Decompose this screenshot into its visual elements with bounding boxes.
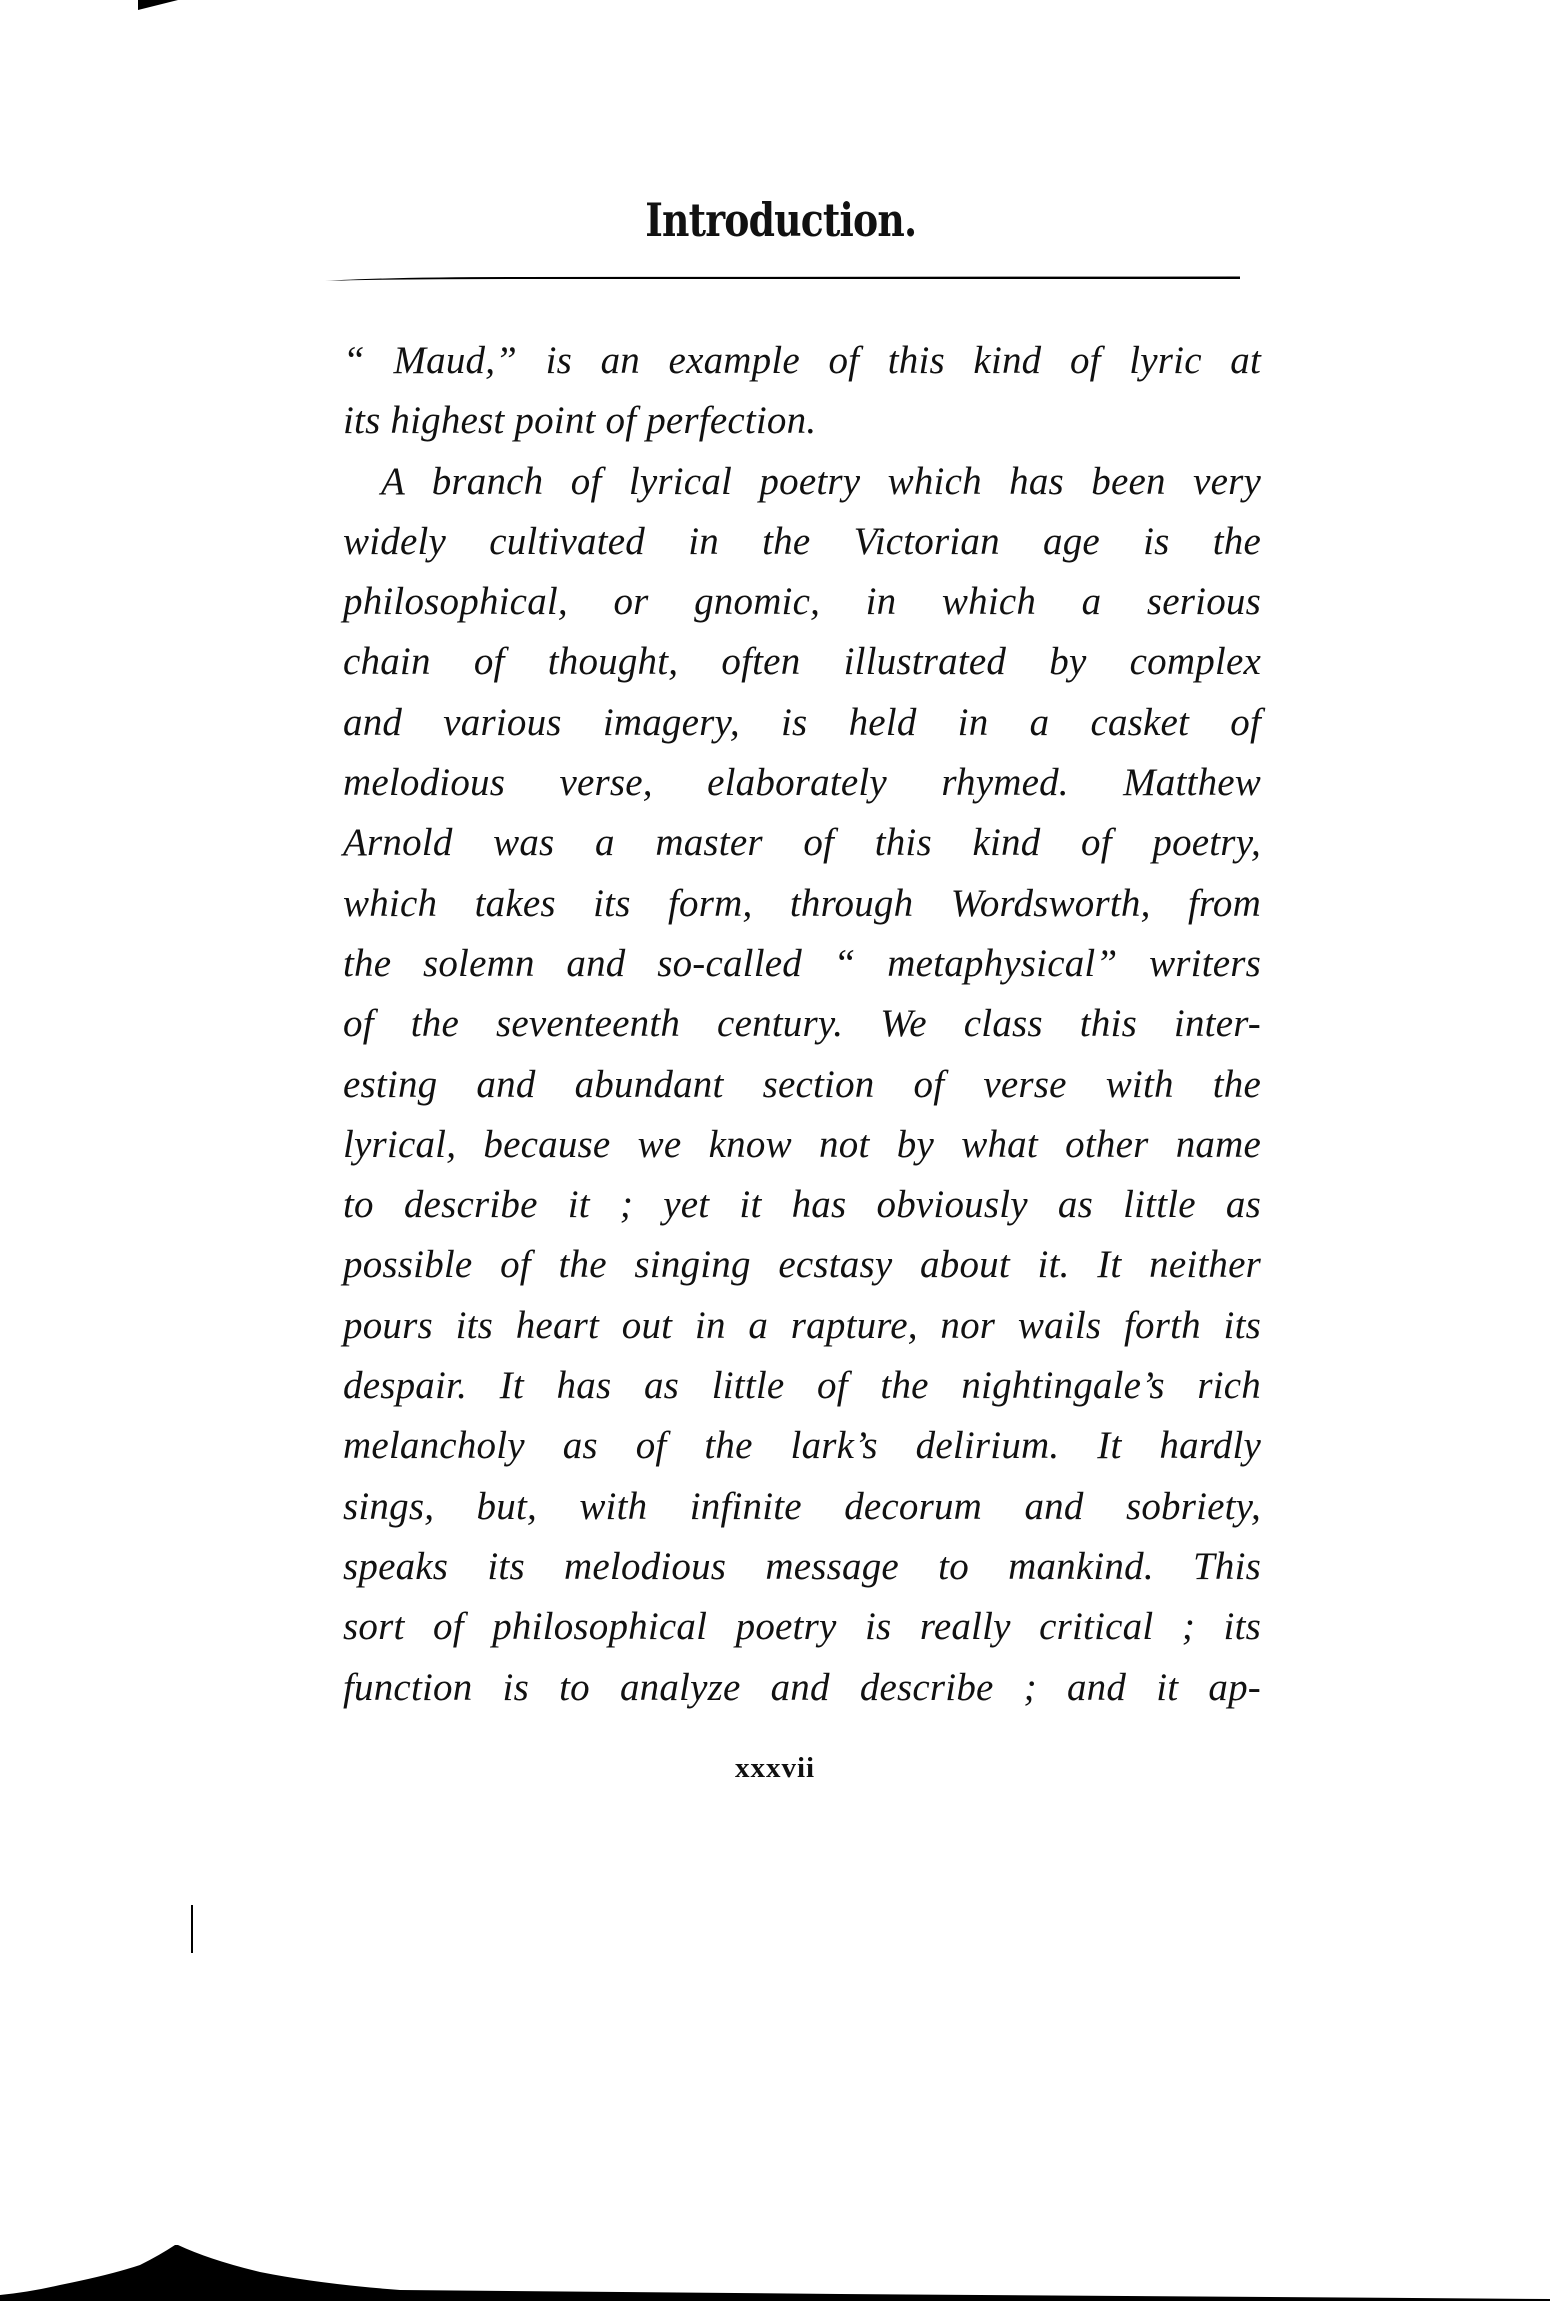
text-line: esting and abundant section of verse wit… [343,1055,1261,1115]
text-line: lyrical, because we know not by what oth… [343,1115,1261,1175]
text-line: pours its heart out in a rapture, nor wa… [343,1296,1261,1356]
text-line: widely cultivated in the Victorian age i… [343,512,1261,572]
scan-edge-mark-bottom [0,2220,1550,2301]
text-line: philosophical, or gnomic, in which a ser… [343,572,1261,632]
text-line: the solemn and so-called “ metaphysical”… [343,934,1261,994]
text-line: melancholy as of the lark’s delirium. It… [343,1416,1261,1476]
text-line: speaks its melodious message to mankind.… [343,1537,1261,1597]
head-rule [325,276,1240,281]
text-line: despair. It has as little of the nightin… [343,1356,1261,1416]
text-line: Arnold was a master of this kind of poet… [343,813,1261,873]
scan-margin-mark [191,1905,193,1953]
text-line: to describe it ; yet it has obviously as… [343,1175,1261,1235]
text-line: possible of the singing ecstasy about it… [343,1235,1261,1295]
text-line: which takes its form, through Wordsworth… [343,874,1261,934]
running-head: Introduction. [145,190,1416,250]
text-line: A branch of lyrical poetry which has bee… [343,452,1261,512]
body-text: “ Maud,” is an example of this kind of l… [343,331,1261,1718]
text-line: its highest point of perfection. [343,391,1261,451]
text-line: sings, but, with infinite decorum and so… [343,1477,1261,1537]
page-number: xxxvii [0,1752,1550,1785]
text-line: of the seventeenth century. We class thi… [343,994,1261,1054]
scan-edge-mark-top [138,0,178,10]
text-line: “ Maud,” is an example of this kind of l… [343,331,1261,391]
text-line: chain of thought, often illustrated by c… [343,632,1261,692]
text-line: melodious verse, elaborately rhymed. Mat… [343,753,1261,813]
text-line: function is to analyze and describe ; an… [343,1658,1261,1718]
text-line: and various imagery, is held in a casket… [343,693,1261,753]
text-line: sort of philosophical poetry is really c… [343,1597,1261,1657]
